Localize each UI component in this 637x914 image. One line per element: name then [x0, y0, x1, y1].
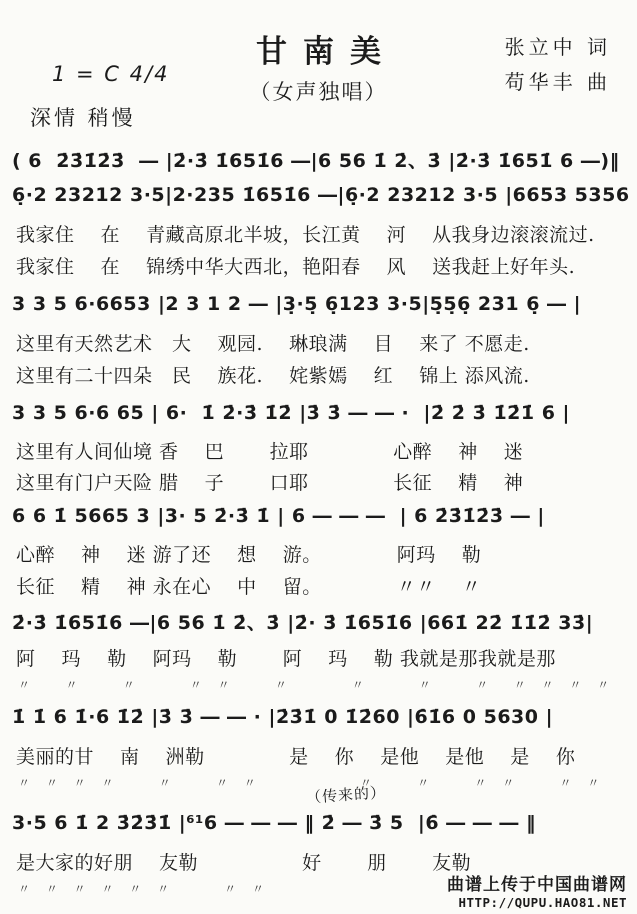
lyrics-line-2a: 我家住 在 青藏高原北半坡，长江黄 河 从我身边滚滚流过.: [16, 220, 634, 247]
watermark-site-name: 曲谱上传于中国曲谱网: [447, 870, 627, 895]
coda-annotation: （传来的）: [305, 781, 386, 808]
lyrics-line-2b: 我家住 在 锦绣中华大西北，艳阳春 风 送我赶上好年头.: [16, 252, 634, 279]
ditto-marks-line-6: 〃 〃 〃 〃 〃 〃 〃 〃 〃 〃 〃 〃 〃 〃 〃: [18, 676, 628, 693]
lyrics-line-3a: 这里有天然艺术 大 观园. 琳琅满 目 来了 不愿走.: [16, 329, 634, 356]
composer-credit: 苟华丰 曲: [505, 65, 611, 100]
lyrics-line-4b: 这里有门户天险 腊 子 口耶 长征 精 神: [16, 468, 634, 495]
lyrics-line-5b: 长征 精 神 永在心 中 留。 〃〃 〃: [16, 572, 634, 599]
notation-line-2: 6̣·2 23212 3·5|2·235 1̇651̇6 ―|6̣·2 2321…: [12, 184, 634, 206]
tempo-expression: 深情 稍慢: [30, 102, 136, 132]
credits-block: 张立中 词 苟华丰 曲: [505, 30, 611, 100]
notation-line-7: 1̇ 1̇ 6 1̇·6 1̇2̇ |3̇ 3̇ ― ― · |2̇3̇1̇ 0…: [12, 706, 634, 728]
lyrics-line-3b: 这里有二十四朵 民 族花. 姹紫嫣 红 锦上 添风流.: [16, 361, 634, 388]
notation-line-1: ( 6 2̇3̇1̇2̇3̇ ― |2̇·3̇ 1̇651̇6 ―|6 56 1…: [12, 146, 634, 173]
watermark-url: HTTP://QUPU.HAO81.NET: [447, 895, 627, 910]
notation-line-4: 3 3 5 6·6 65 | 6· 1̇ 2̇·3̇ 1̇2̇ |3̇ 3̇ ―…: [12, 402, 634, 424]
lyrics-line-4a: 这里有人间仙境 香 巴 拉耶 心醉 神 迷: [16, 437, 634, 464]
lyrics-line-7a: 美丽的甘 南 洲勒 是 你 是他 是他 是 你: [16, 742, 634, 769]
sheet-music-page: 1 = C 4/4 深情 稍慢 甘南美 （女声独唱） 张立中 词 苟华丰 曲 (…: [0, 0, 637, 914]
lyricist-credit: 张立中 词: [505, 30, 611, 65]
lyrics-line-6a: 阿 玛 勒 阿玛 勒 阿 玛 勒 我就是那我就是那: [16, 644, 634, 671]
lyrics-line-5a: 心醉 神 迷 游了还 想 游。 阿玛 勒: [16, 540, 634, 567]
notation-line-5: 6 6 1̇ 5665 3 |3· 5 2̇·3̇ 1̇ | 6 ― ― ― |…: [12, 505, 634, 527]
notation-line-8: 3·5 6 1̇ 2 3̇2̇3̇1̇ |⁶¹6 ― ― ― ‖ 2̇ ― 3̇…: [12, 812, 634, 834]
notation-line-6: 2̇·3̇ 1̇651̇6 ―|6 56 1̇ 2̇、3̇ |2̇· 3̇ 1̇…: [12, 608, 634, 635]
watermark-block: 曲谱上传于中国曲谱网 HTTP://QUPU.HAO81.NET: [447, 870, 627, 910]
notation-line-3: 3 3 5 6·6653 |2 3 1 2 ― |3̣·5̣ 6̣123 3·5…: [12, 293, 634, 315]
